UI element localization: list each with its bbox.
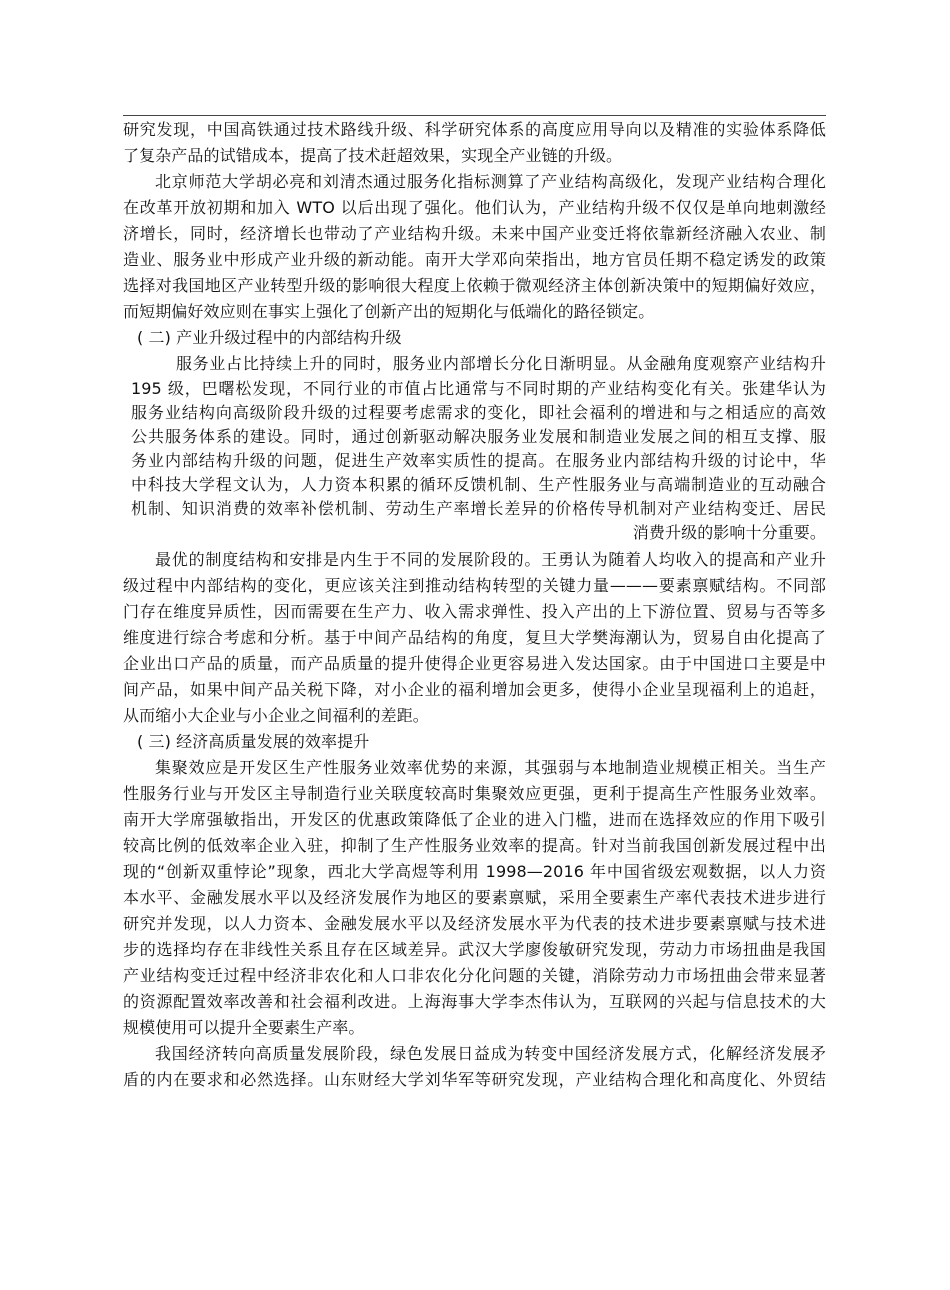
paragraph-line: 企业出口产品的质量，而产品质量的提升使得企业更容易进入发达国家。由于中国进口主要… [123, 651, 826, 677]
section-heading: ( 二) 产业升级过程中的内部结构升级 [123, 325, 402, 351]
paragraph-line: 现的“创新双重悖论”现象，西北大学高煜等利用 1998—2016 年中国省级宏观… [123, 859, 826, 885]
paragraph-line: 务业内部结构升级的问题，促进生产效率实质性的提高。在服务业内部结构升级的讨论中，… [131, 448, 826, 474]
paragraph-line: 性服务行业与开发区主导制造行业关联度较高时集聚效应更强，更利于提高生产性服务业效… [123, 781, 826, 807]
section-heading: ( 三) 经济高质量发展的效率提升 [123, 729, 369, 755]
paragraph-line: 消费升级的影响十分重要。 [131, 520, 826, 546]
paragraph-line: 门存在维度异质性，因而需要在生产力、收入需求弹性、投入产出的上下游位置、贸易与否… [123, 599, 826, 625]
paragraph-line: 南开大学席强敏指出，开发区的优惠政策降低了企业的进入门槛，进而在选择效应的作用下… [123, 807, 826, 833]
paragraph-line: 研究并发现，以人力资本、金融发展水平以及经济发展水平为代表的技术进步要素禀赋与技… [123, 911, 826, 937]
paragraph-line: 级过程中内部结构的变化，更应该关注到推动结构转型的关键力量———要素禀赋结构。不… [123, 573, 826, 599]
paragraph-line: 机制、知识消费的效率补偿机制、劳动生产率增长差异的价格传导机制对产业结构变迁、居… [131, 496, 826, 522]
paragraph-line: 了复杂产品的试错成本，提高了技术赶超效果，实现全产业链的升级。 [123, 143, 622, 169]
paragraph-line: 服务业占比持续上升的同时，服务业内部增长分化日渐明显。从金融角度观察产业结构升 [131, 351, 826, 377]
paragraph-line: 造业、服务业中形成产业升级的新动能。南开大学邓向荣指出，地方官员任期不稳定诱发的… [123, 247, 826, 273]
paragraph-line: 本水平、金融发展水平以及经济发展作为地区的要素禀赋，采用全要素生产率代表技术进步… [123, 885, 826, 911]
paragraph-line: 较高比例的低效率企业入驻，抑制了生产性服务业效率的提高。针对当前我国创新发展过程… [123, 833, 826, 859]
paragraph-line: 规模使用可以提升全要素生产率。 [123, 1015, 365, 1041]
paragraph-line: 而短期偏好效应则在事实上强化了创新产出的短期化与低端化的路径锁定。 [123, 299, 654, 325]
paragraph-line: 最优的制度结构和安排是内生于不同的发展阶段的。王勇认为随着人均收入的提高和产业升 [123, 547, 826, 573]
paragraph-line: 间产品，如果中间产品关税下降，对小企业的福利增加会更多，使得小企业呈现福利上的追… [123, 677, 826, 703]
paragraph-line: 服务业结构向高级阶段升级的过程要考虑需求的变化，即社会福利的增进和与之相适应的高… [131, 400, 826, 426]
paragraph-line: 选择对我国地区产业转型升级的影响很大程度上依赖于微观经济主体创新决策中的短期偏好… [123, 273, 826, 299]
paragraph-line: 195 级，巴曙松发现，不同行业的市值占比通常与不同时期的产业结构变化有关。张建… [131, 376, 826, 402]
paragraph-line: 公共服务体系的建设。同时，通过创新驱动解决服务业发展和制造业发展之间的相互支撑、… [131, 424, 826, 450]
paragraph-line: 维度进行综合考虑和分析。基于中间产品结构的角度，复旦大学樊海潮认为，贸易自由化提… [123, 625, 826, 651]
paragraph-line: 步的选择均存在非线性关系且存在区域差异。武汉大学廖俊敏研究发现，劳动力市场扭曲是… [123, 937, 826, 963]
paragraph-line: 在改革开放初期和加入 WTO 以后出现了强化。他们认为，产业结构升级不仅仅是单向… [123, 195, 826, 221]
paragraph-line: 中科技大学程文认为，人力资本积累的循环反馈机制、生产性服务业与高端制造业的互动融… [131, 472, 826, 498]
paragraph-line: 研究发现，中国高铁通过技术路线升级、科学研究体系的高度应用导向以及精准的实验体系… [123, 117, 826, 143]
paragraph-line: 我国经济转向高质量发展阶段，绿色发展日益成为转变中国经济发展方式，化解经济发展矛 [123, 1041, 826, 1067]
paragraph-line: 集聚效应是开发区生产性服务业效率优势的来源，其强弱与本地制造业规模正相关。当生产 [123, 755, 826, 781]
paragraph-line: 从而缩小大企业与小企业之间福利的差距。 [123, 703, 429, 729]
header-rule [123, 115, 826, 116]
paragraph-line: 产业结构变迁过程中经济非农化和人口非农化分化问题的关键，消除劳动力市场扭曲会带来… [123, 963, 826, 989]
paragraph-line: 北京师范大学胡必亮和刘清杰通过服务化指标测算了产业结构高级化，发现产业结构合理化 [123, 169, 826, 195]
paragraph-line: 济增长，同时，经济增长也带动了产业结构升级。未来中国产业变迁将依靠新经济融入农业… [123, 221, 826, 247]
paragraph-line: 盾的内在要求和必然选择。山东财经大学刘华军等研究发现，产业结构合理化和高度化、外… [123, 1067, 826, 1093]
paragraph-line: 的资源配置效率改善和社会福利改进。上海海事大学李杰伟认为，互联网的兴起与信息技术… [123, 989, 826, 1015]
